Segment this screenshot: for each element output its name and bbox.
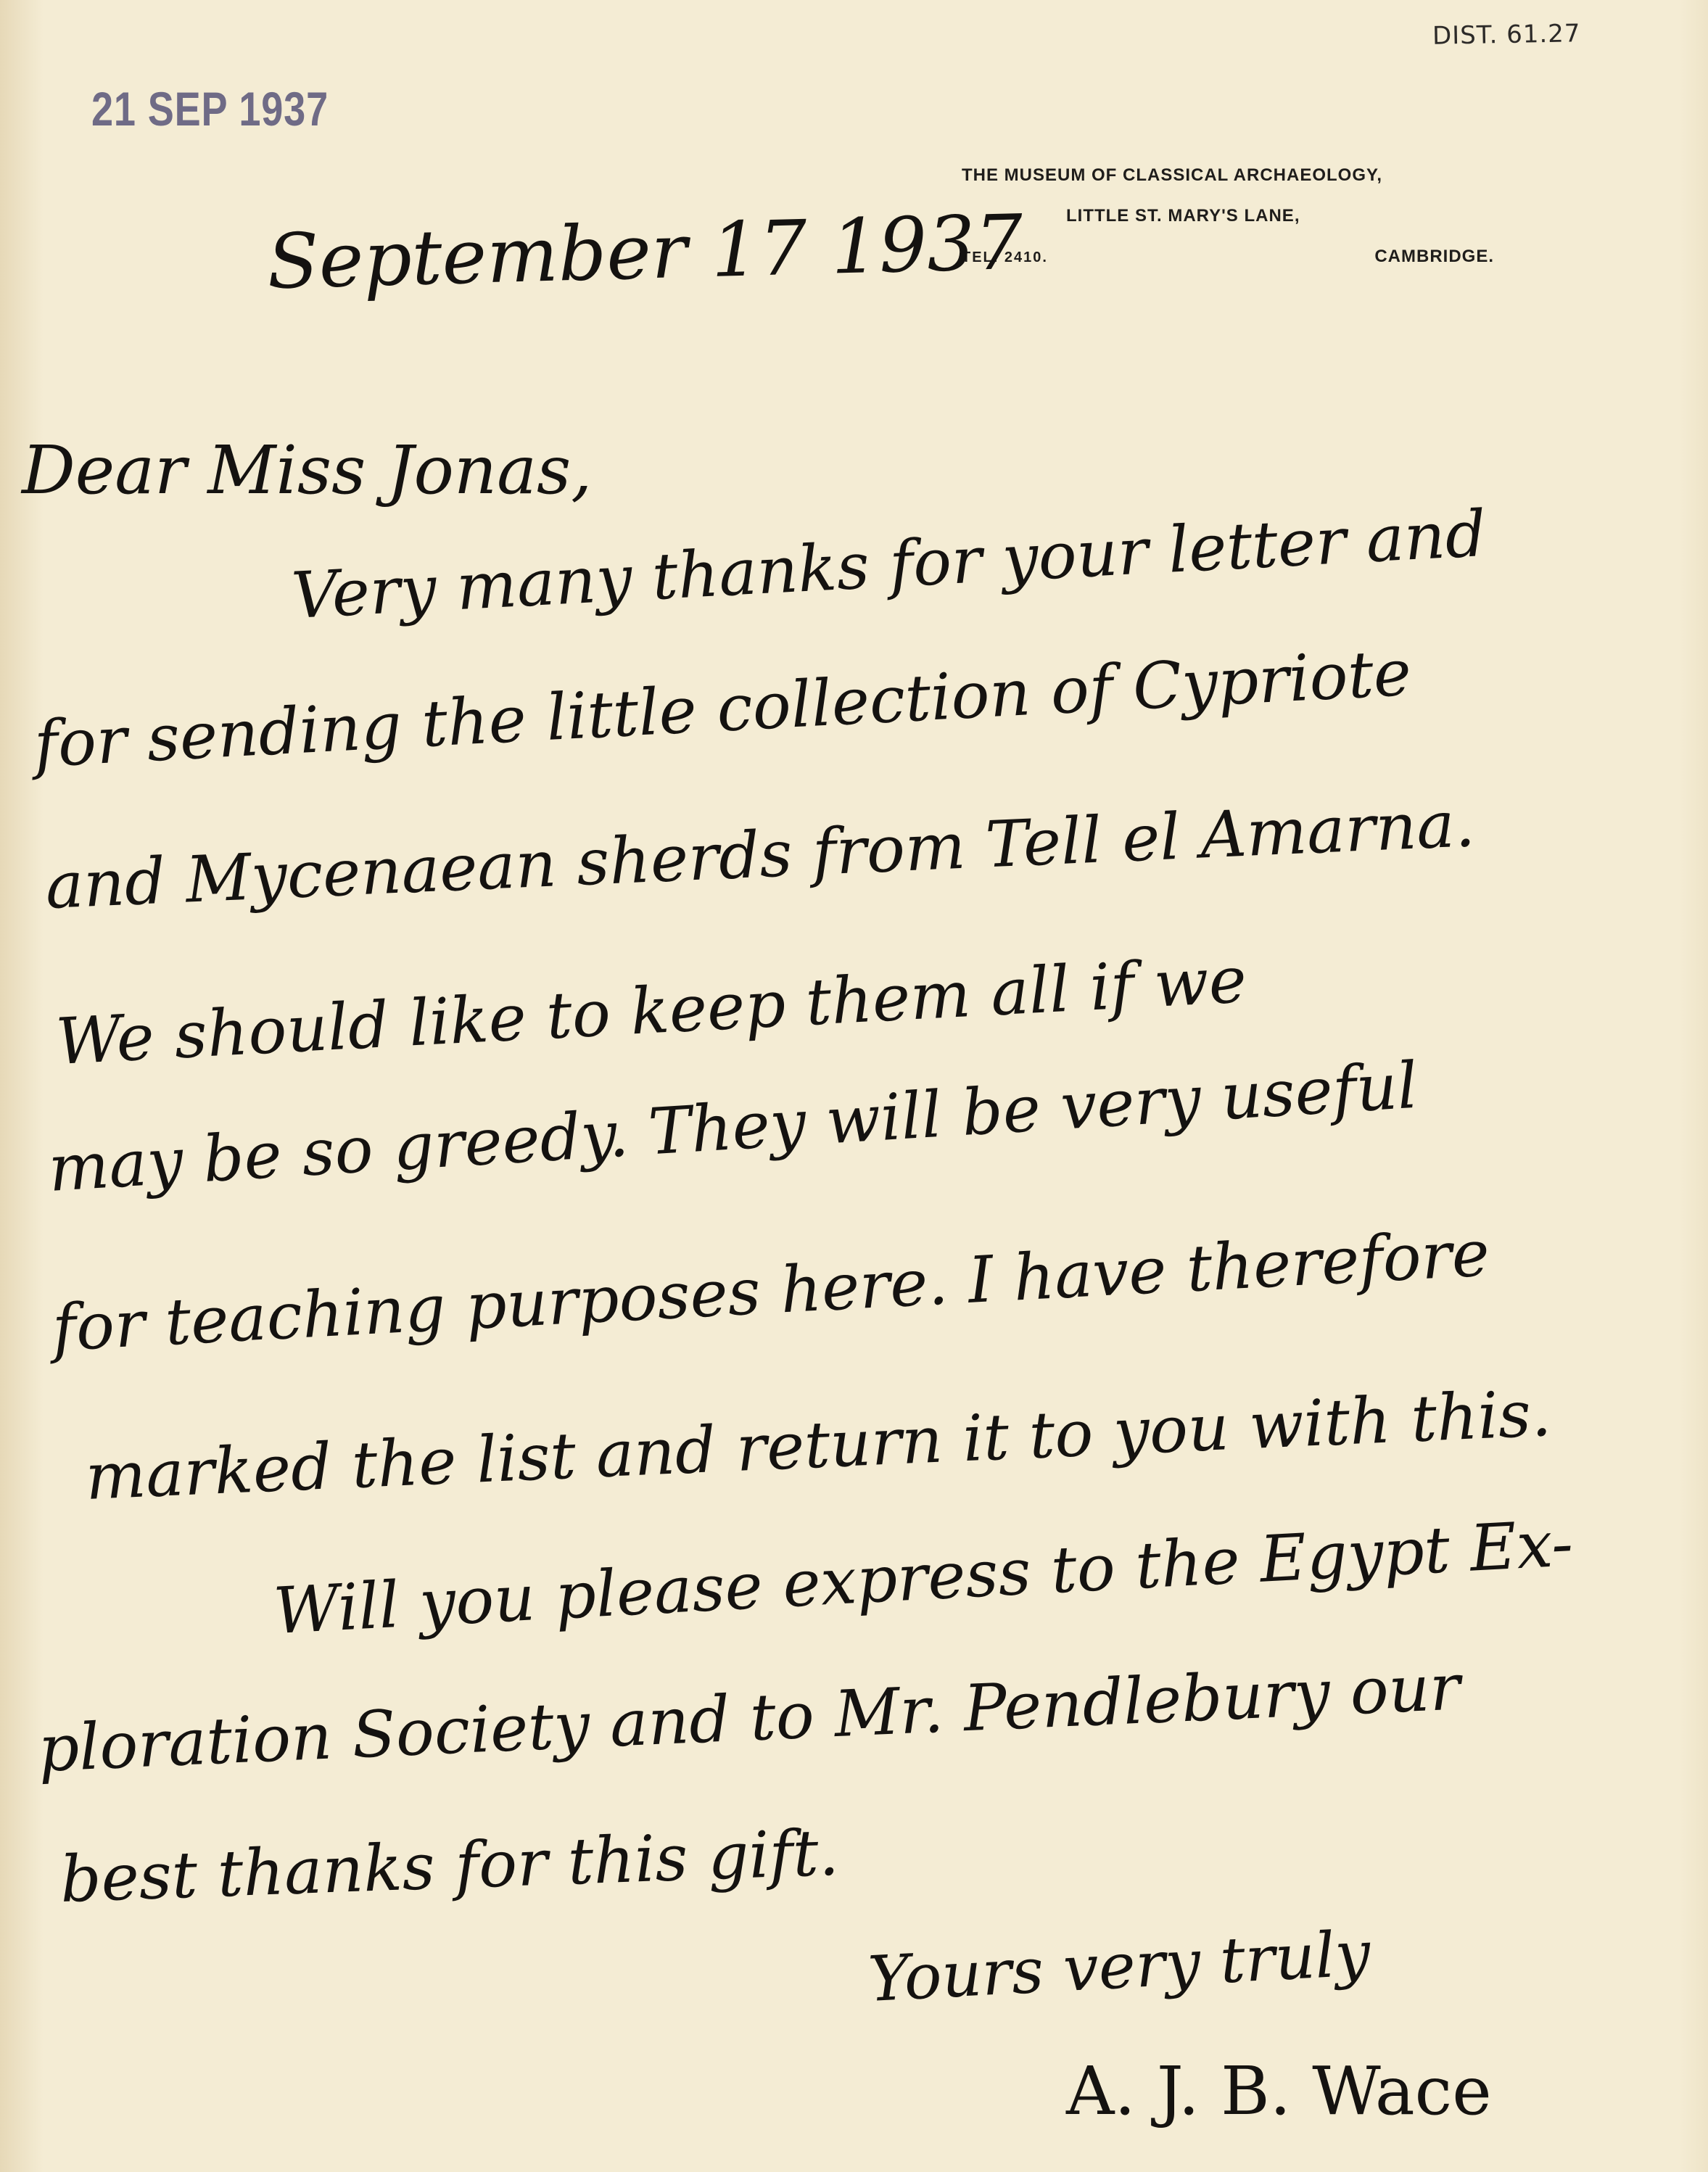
letterhead-city: CAMBRIDGE. bbox=[1374, 247, 1494, 267]
letterhead-street: LITTLE ST. MARY'S LANE, bbox=[957, 206, 1523, 226]
letter-signature: A. J. B. Wace bbox=[1066, 2052, 1492, 2130]
letterhead-contact-row: TEL. 2410. CAMBRIDGE. bbox=[957, 247, 1523, 267]
letter-salutation: Dear Miss Jonas, bbox=[22, 431, 592, 509]
received-date-stamp: 21 SEP 1937 bbox=[91, 81, 329, 136]
letterhead-institution: THE MUSEUM OF CLASSICAL ARCHAEOLOGY, bbox=[957, 165, 1523, 186]
letterhead: THE MUSEUM OF CLASSICAL ARCHAEOLOGY, LIT… bbox=[957, 165, 1523, 267]
archive-reference-number: DIST. 61.27 bbox=[1432, 19, 1581, 51]
